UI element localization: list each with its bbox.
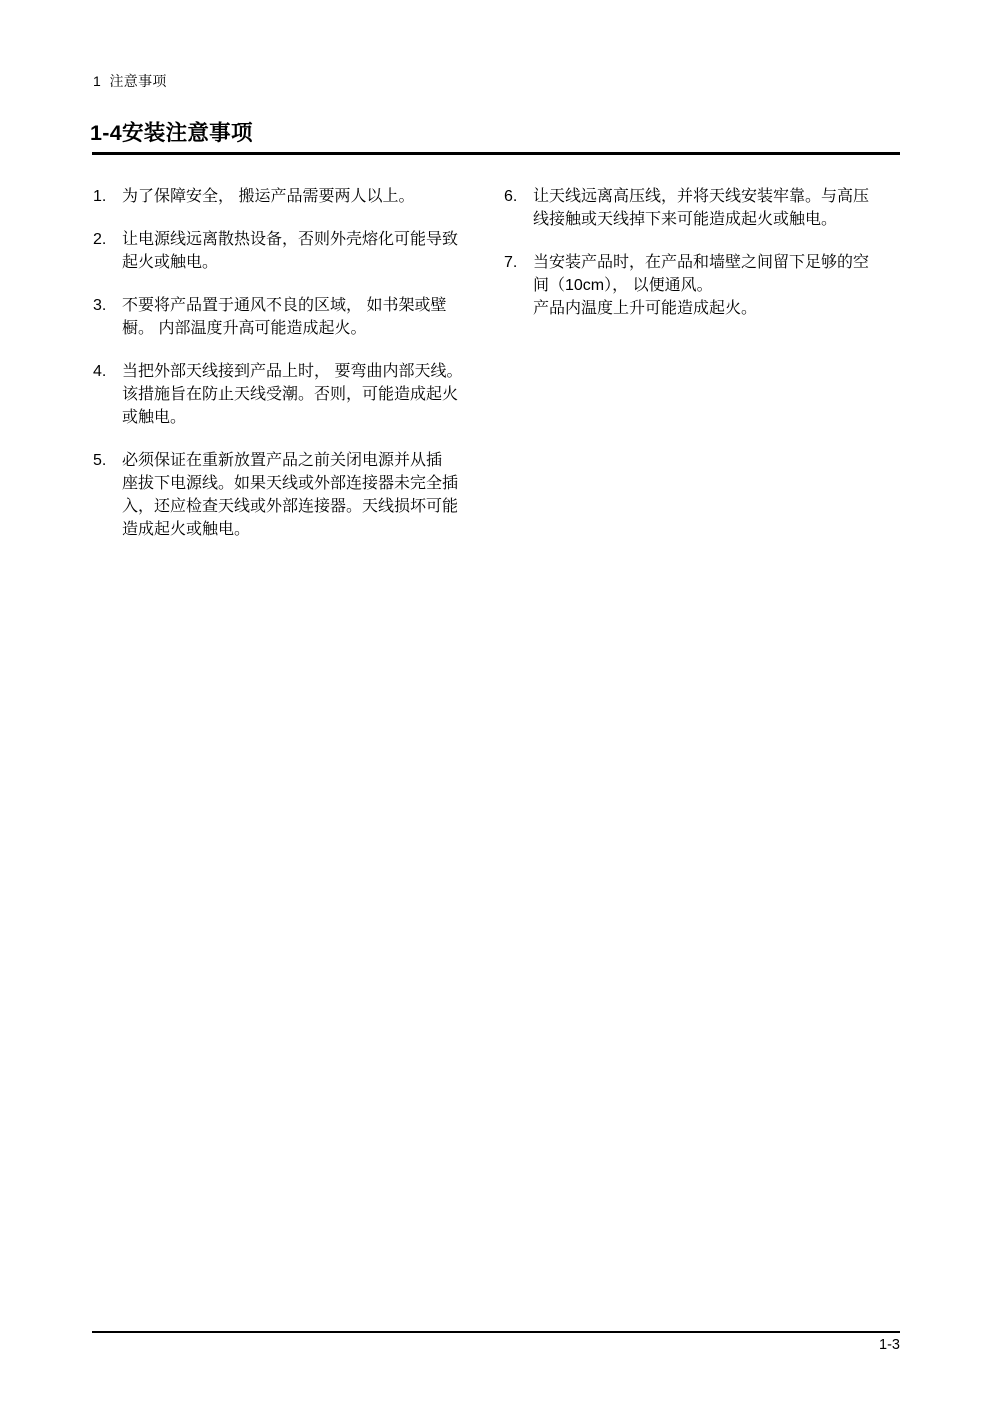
content-columns: 1. 为了保障安全， 搬运产品需要两人以上。 2. 让电源线远离散热设备，否则外… bbox=[93, 185, 901, 561]
page-number: 1-3 bbox=[879, 1337, 900, 1353]
item-number: 5. bbox=[93, 449, 122, 541]
list-item: 3. 不要将产品置于通风不良的区域， 如书架或壁 橱。 内部温度升高可能造成起火… bbox=[93, 294, 491, 340]
item-text: 当安装产品时，在产品和墙壁之间留下足够的空 间（10cm）， 以便通风。 产品内… bbox=[533, 251, 902, 320]
item-number: 1. bbox=[93, 185, 122, 208]
item-number: 3. bbox=[93, 294, 122, 340]
item-text: 不要将产品置于通风不良的区域， 如书架或壁 橱。 内部温度升高可能造成起火。 bbox=[122, 294, 491, 340]
column-right: 6. 让天线远离高压线，并将天线安装牢靠。与高压 线接触或天线掉下来可能造成起火… bbox=[504, 185, 902, 561]
item-text: 当把外部天线接到产品上时， 要弯曲内部天线。 该措施旨在防止天线受潮。否则，可能… bbox=[122, 360, 491, 429]
item-number: 7. bbox=[504, 251, 533, 320]
title-rule bbox=[92, 152, 900, 155]
manual-page: 1 注意事项 1-4安装注意事项 1. 为了保障安全， 搬运产品需要两人以上。 … bbox=[0, 0, 992, 1404]
footer-rule bbox=[92, 1331, 900, 1333]
list-item: 4. 当把外部天线接到产品上时， 要弯曲内部天线。 该措施旨在防止天线受潮。否则… bbox=[93, 360, 491, 429]
running-header: 1 注意事项 bbox=[93, 71, 167, 91]
list-item: 6. 让天线远离高压线，并将天线安装牢靠。与高压 线接触或天线掉下来可能造成起火… bbox=[504, 185, 902, 231]
item-text: 为了保障安全， 搬运产品需要两人以上。 bbox=[122, 185, 491, 208]
column-left: 1. 为了保障安全， 搬运产品需要两人以上。 2. 让电源线远离散热设备，否则外… bbox=[93, 185, 491, 561]
section-title: 1-4安装注意事项 bbox=[90, 116, 253, 147]
item-text: 让电源线远离散热设备，否则外壳熔化可能导致 起火或触电。 bbox=[122, 228, 491, 274]
list-item: 1. 为了保障安全， 搬运产品需要两人以上。 bbox=[93, 185, 491, 208]
list-item: 5. 必须保证在重新放置产品之前关闭电源并从插 座拔下电源线。如果天线或外部连接… bbox=[93, 449, 491, 541]
list-item: 7. 当安装产品时，在产品和墙壁之间留下足够的空 间（10cm）， 以便通风。 … bbox=[504, 251, 902, 320]
item-number: 4. bbox=[93, 360, 122, 429]
item-text: 必须保证在重新放置产品之前关闭电源并从插 座拔下电源线。如果天线或外部连接器未完… bbox=[122, 449, 491, 541]
list-item: 2. 让电源线远离散热设备，否则外壳熔化可能导致 起火或触电。 bbox=[93, 228, 491, 274]
item-number: 6. bbox=[504, 185, 533, 231]
item-number: 2. bbox=[93, 228, 122, 274]
item-text: 让天线远离高压线，并将天线安装牢靠。与高压 线接触或天线掉下来可能造成起火或触电… bbox=[533, 185, 902, 231]
